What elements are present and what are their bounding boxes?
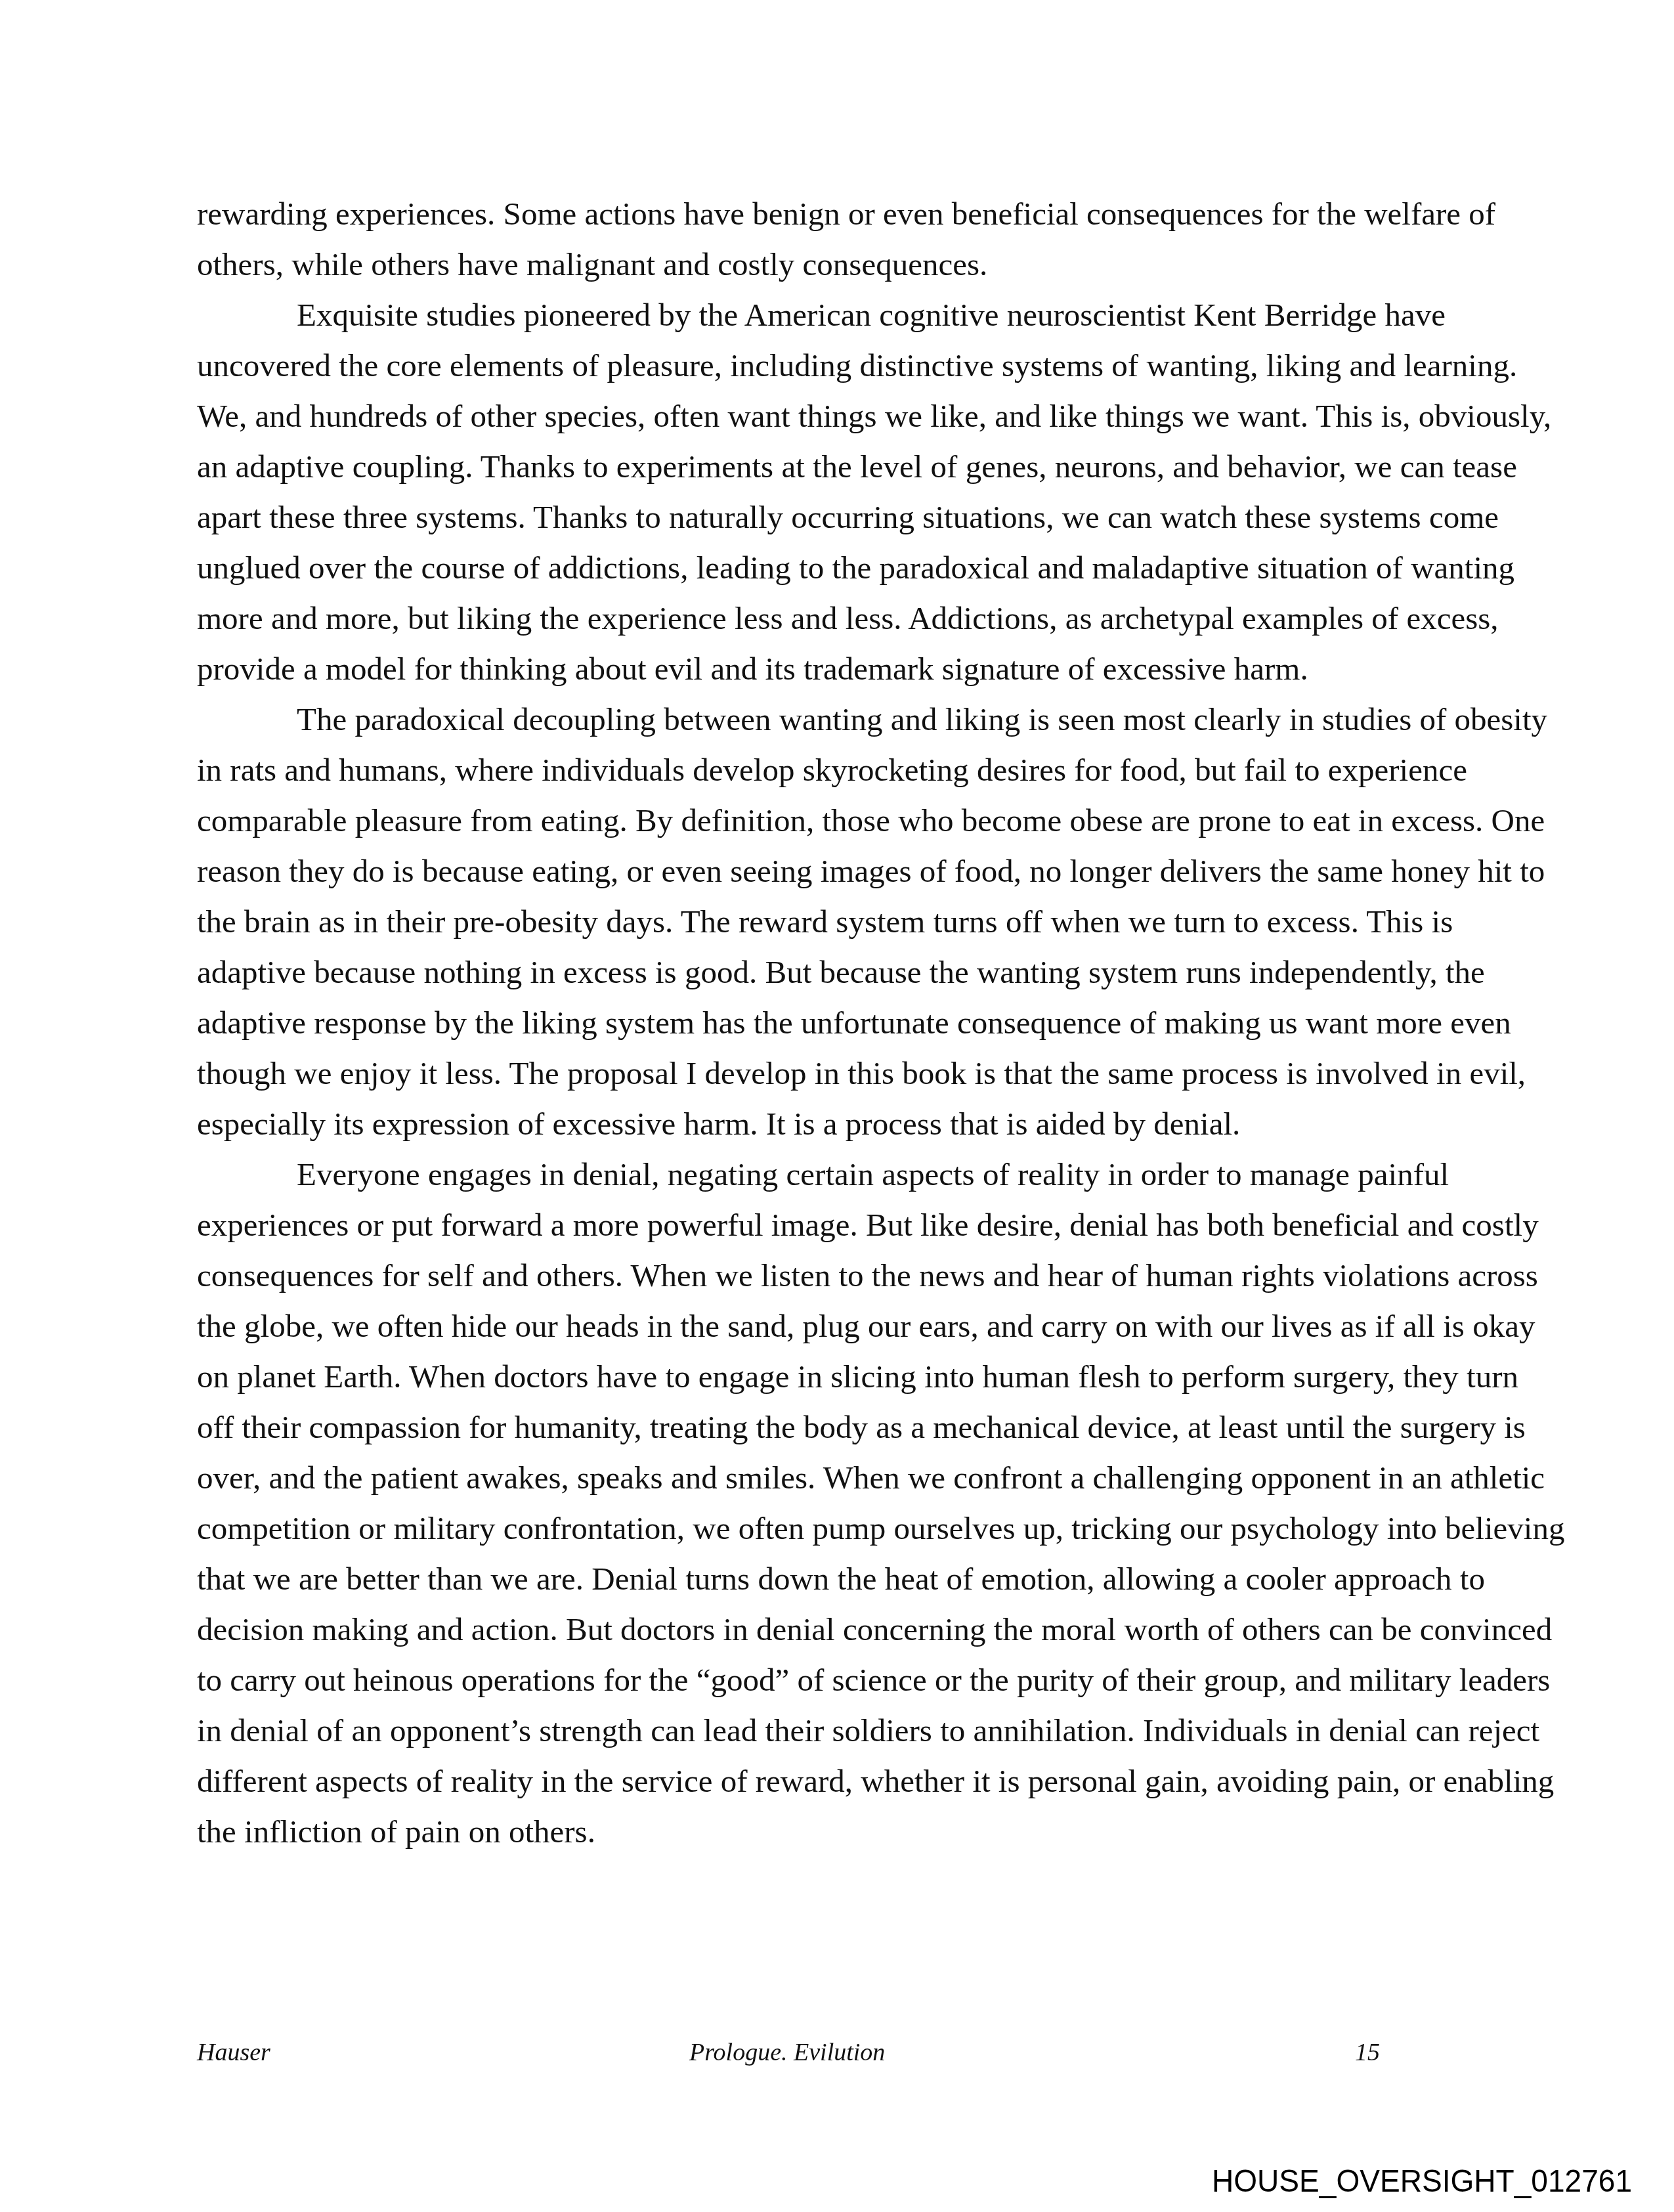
- text-line: different aspects of reality in the serv…: [197, 1756, 1484, 1806]
- text-line: in denial of an opponent’s strength can …: [197, 1705, 1484, 1756]
- text-line: experiences or put forward a more powerf…: [197, 1200, 1484, 1250]
- text-line: reason they do is because eating, or eve…: [197, 846, 1484, 896]
- text-line: adaptive response by the liking system h…: [197, 997, 1484, 1048]
- text-line: on planet Earth. When doctors have to en…: [197, 1351, 1484, 1402]
- text-line: decision making and action. But doctors …: [197, 1604, 1484, 1655]
- text-line: provide a model for thinking about evil …: [197, 643, 1484, 694]
- paragraph-1: rewarding experiences. Some actions have…: [197, 188, 1484, 290]
- text-line: uncovered the core elements of pleasure,…: [197, 340, 1484, 391]
- text-line: the infliction of pain on others.: [197, 1806, 1484, 1857]
- text-line: to carry out heinous operations for the …: [197, 1655, 1484, 1705]
- bates-stamp: HOUSE_OVERSIGHT_012761: [1212, 2161, 1632, 2201]
- page-number: 15: [1355, 2034, 1380, 2071]
- text-line: off their compassion for humanity, treat…: [197, 1402, 1484, 1452]
- document-page: rewarding experiences. Some actions have…: [0, 0, 1674, 2212]
- text-line: over, and the patient awakes, speaks and…: [197, 1452, 1484, 1503]
- paragraph-3: The paradoxical decoupling between wanti…: [197, 694, 1484, 1149]
- footer-chapter-title: Prologue. Evilution: [689, 2034, 885, 2071]
- text-line-first: Everyone engages in denial, negating cer…: [197, 1149, 1484, 1200]
- text-line: rewarding experiences. Some actions have…: [197, 188, 1484, 239]
- text-line: comparable pleasure from eating. By defi…: [197, 795, 1484, 846]
- text-line: competition or military confrontation, w…: [197, 1503, 1484, 1553]
- text-line: adaptive because nothing in excess is go…: [197, 947, 1484, 997]
- text-line: others, while others have malignant and …: [197, 239, 1484, 290]
- paragraph-2: Exquisite studies pioneered by the Ameri…: [197, 290, 1484, 694]
- paragraph-4: Everyone engages in denial, negating cer…: [197, 1149, 1484, 1857]
- text-line: consequences for self and others. When w…: [197, 1250, 1484, 1301]
- text-line: We, and hundreds of other species, often…: [197, 391, 1484, 441]
- text-line: in rats and humans, where individuals de…: [197, 745, 1484, 795]
- text-line: more and more, but liking the experience…: [197, 593, 1484, 643]
- footer-author: Hauser: [197, 2034, 270, 2071]
- text-line-first: The paradoxical decoupling between wanti…: [197, 694, 1484, 745]
- text-line: the globe, we often hide our heads in th…: [197, 1301, 1484, 1351]
- text-line: that we are better than we are. Denial t…: [197, 1553, 1484, 1604]
- text-line: the brain as in their pre-obesity days. …: [197, 896, 1484, 947]
- text-line-first: Exquisite studies pioneered by the Ameri…: [197, 290, 1484, 340]
- text-line: unglued over the course of addictions, l…: [197, 542, 1484, 593]
- body-text: rewarding experiences. Some actions have…: [197, 188, 1484, 1857]
- text-line: an adaptive coupling. Thanks to experime…: [197, 441, 1484, 492]
- text-line: especially its expression of excessive h…: [197, 1098, 1484, 1149]
- text-line: though we enjoy it less. The proposal I …: [197, 1048, 1484, 1098]
- text-line: apart these three systems. Thanks to nat…: [197, 492, 1484, 542]
